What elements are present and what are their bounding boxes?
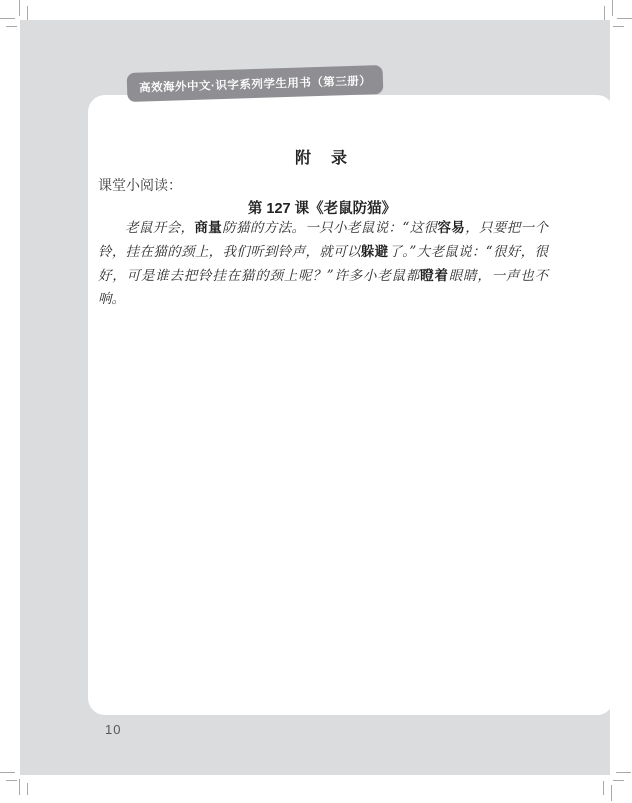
crop-mark xyxy=(613,26,624,27)
emphasized-word: 容易 xyxy=(437,220,465,235)
page-number: 10 xyxy=(105,722,121,737)
crop-mark xyxy=(27,783,28,795)
reading-paragraph: 老鼠开会，商量防猫的方法。一只小老鼠说：“这很容易，只要把一个铃，挂在猫的颈上，… xyxy=(98,216,548,311)
crop-mark xyxy=(613,780,624,781)
crop-mark xyxy=(27,6,28,20)
crop-mark xyxy=(603,781,604,795)
book-page: 高效海外中文·识字系列学生用书（第三册） 附 录 课堂小阅读： 第 127 课《… xyxy=(20,20,610,775)
crop-mark xyxy=(0,772,15,773)
crop-mark xyxy=(0,18,15,19)
crop-mark xyxy=(612,0,613,16)
crop-mark xyxy=(611,785,612,801)
crop-mark xyxy=(604,6,605,20)
series-header-label: 高效海外中文·识字系列学生用书（第三册） xyxy=(139,72,372,95)
emphasized-word: 瞪着 xyxy=(420,268,449,283)
emphasized-word: 躲避 xyxy=(361,244,389,259)
crop-mark xyxy=(19,779,20,795)
crop-mark xyxy=(6,26,17,27)
section-label: 课堂小阅读： xyxy=(98,175,182,195)
crop-mark xyxy=(616,772,631,773)
reading-text: 防猫的方法。一只小老鼠说：“这很 xyxy=(222,220,437,236)
content-panel: 附 录 课堂小阅读： 第 127 课《老鼠防猫》 老鼠开会，商量防猫的方法。一只… xyxy=(88,95,614,715)
reading-text: 老鼠开会， xyxy=(125,220,194,236)
crop-mark xyxy=(6,780,17,781)
crop-mark xyxy=(19,0,20,16)
emphasized-word: 商量 xyxy=(194,220,222,235)
crop-mark xyxy=(617,18,632,19)
appendix-title: 附 录 xyxy=(97,145,547,168)
scanned-book-page: 高效海外中文·识字系列学生用书（第三册） 附 录 课堂小阅读： 第 127 课《… xyxy=(0,0,632,803)
lesson-title: 第 127 课《老鼠防猫》 xyxy=(97,197,547,218)
